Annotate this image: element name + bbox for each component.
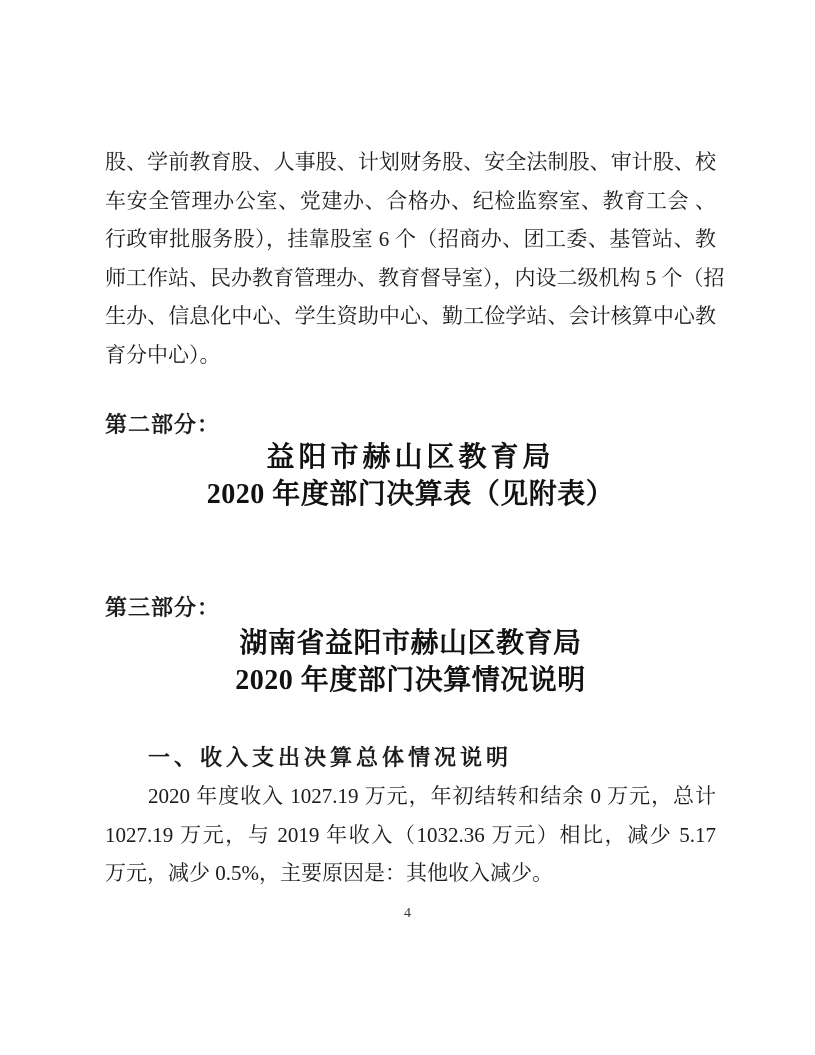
text-line: 1027.19 万元，与 2019 年收入（1032.36 万元）相比，减少 5… [105,816,716,855]
text-line: 生办、信息化中心、学生资助中心、勤工俭学站、会计核算中心教 [105,297,716,336]
text-line: 万元，减少 0.5%，主要原因是：其他收入减少。 [105,854,716,893]
text-line: 师工作站、民办教育管理办、教育督导室），内设二级机构 5 个（招 [105,259,716,298]
text-line: 育分中心）。 [105,336,716,375]
text-line: 股、学前教育股、人事股、计划财务股、安全法制股、审计股、校 [105,143,716,182]
paragraph-income-summary: 2020 年度收入 1027.19 万元，年初结转和结余 0 万元，总计 102… [105,777,716,893]
part3-title-line2: 2020 年度部门决算情况说明 [105,662,716,699]
text-line: 车安全管理办公室、党建办、合格办、纪检监察室、教育工会 、 [105,182,716,221]
paragraph-internal-orgs: 股、学前教育股、人事股、计划财务股、安全法制股、审计股、校 车安全管理办公室、党… [105,143,716,374]
part2-title-line2: 2020 年度部门决算表（见附表） [105,476,716,513]
part2-label: 第二部分： [105,410,220,440]
part3-title: 湖南省益阳市赫山区教育局 2020 年度部门决算情况说明 [105,625,716,699]
part2-title: 益阳市赫山区教育局 2020 年度部门决算表（见附表） [105,439,716,513]
part3-label: 第三部分： [105,593,220,623]
text-line: 2020 年度收入 1027.19 万元，年初结转和结余 0 万元，总计 [105,777,716,816]
part3-title-line1: 湖南省益阳市赫山区教育局 [105,625,716,662]
text-line: 行政审批服务股），挂靠股室 6 个（招商办、团工委、基管站、教 [105,220,716,259]
document-page: 股、学前教育股、人事股、计划财务股、安全法制股、审计股、校 车安全管理办公室、党… [0,0,815,1055]
part2-title-line1: 益阳市赫山区教育局 [105,439,716,476]
section-heading-income-expenditure: 一、收入支出决算总体情况说明 [105,743,716,773]
page-number: 4 [0,906,815,922]
